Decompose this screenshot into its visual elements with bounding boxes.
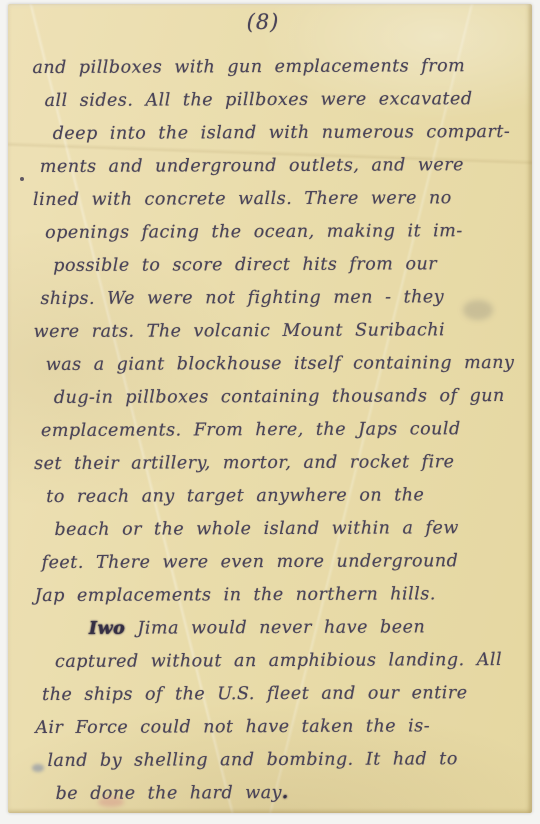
margin-ink-dot [20,177,24,181]
handwritten-line: the ships of the U.S. fleet and our enti… [35,677,519,712]
ink-blot-word: Iwo [89,619,126,639]
line-segment: Jima would never have been [125,617,425,638]
handwritten-line: set their artillery, mortor, and rocket … [34,446,518,481]
handwritten-line: dug-in pillboxes containing thousands of… [34,380,518,415]
handwritten-line: Air Force could not have taken the is- [35,710,519,745]
handwritten-line: was a giant blockhouse itself containing… [34,347,518,382]
handwritten-line: were rats. The volcanic Mount Suribachi [33,314,517,349]
handwritten-line: emplacements. From here, the Japs could [34,413,518,448]
letter-page: (8) and pillboxes with gun emplacements … [8,4,532,813]
handwritten-line: be done the hard way. [36,776,520,811]
page-number: (8) [8,10,518,34]
handwritten-line: captured without an amphibious landing. … [35,644,519,679]
handwritten-line: possible to score direct hits from our [33,248,517,283]
ink-blot-word: . [282,783,289,803]
line-segment: be done the hard way [56,783,282,804]
handwritten-line: Iwo Jima would never have been [35,611,519,646]
handwritten-line: ments and underground outlets, and were [33,149,517,184]
handwritten-line: and pillboxes with gun emplacements from [32,50,516,85]
handwritten-line: all sides. All the pillboxes were excava… [32,83,516,118]
handwritten-line: feet. There were even more underground [35,545,519,580]
handwritten-line: to reach any target anywhere on the [34,479,518,514]
handwritten-line: lined with concrete walls. There were no [33,182,517,217]
letter-body: and pillboxes with gun emplacements from… [32,50,519,811]
handwritten-line: deep into the island with numerous compa… [33,116,517,151]
handwritten-line: ships. We were not fighting men - they [33,281,517,316]
handwritten-line: Jap emplacements in the northern hills. [35,578,519,613]
handwritten-line: openings facing the ocean, making it im- [33,215,517,250]
handwritten-line: land by shelling and bombing. It had to [35,743,519,778]
handwritten-line: beach or the whole island within a few [34,512,518,547]
